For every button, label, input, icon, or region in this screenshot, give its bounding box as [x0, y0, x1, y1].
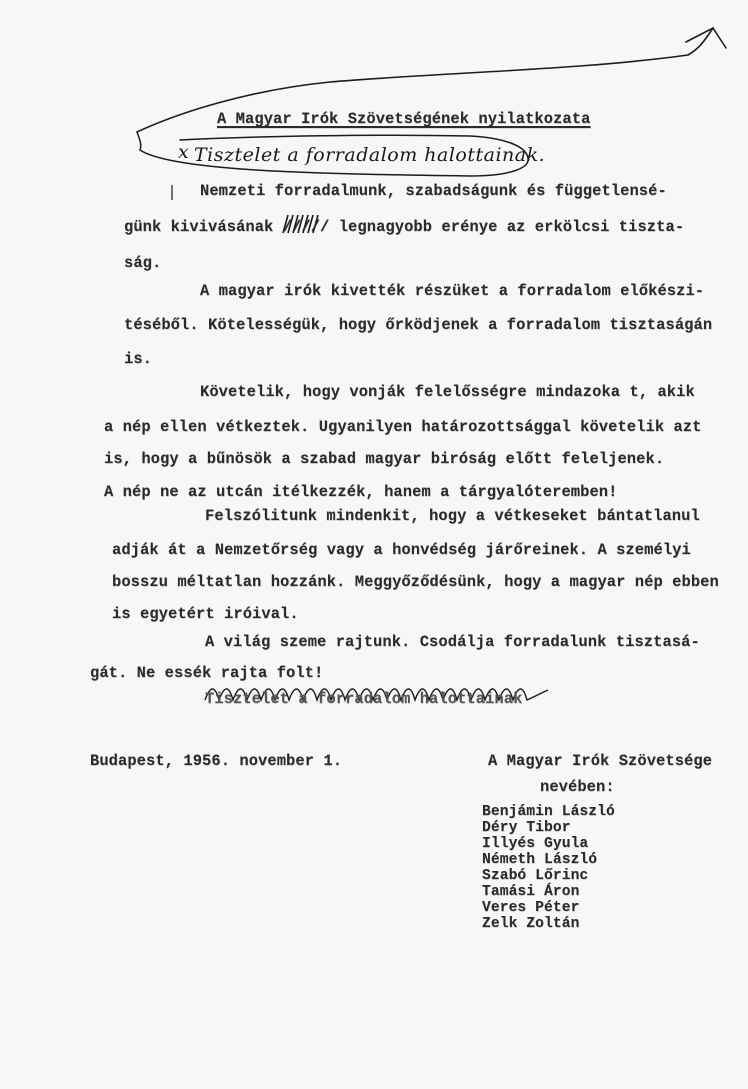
signature-org: A Magyar Irók Szövetsége [488, 752, 712, 770]
paragraph-line: günk kivivásának ///// legnagyobb erénye… [124, 218, 684, 236]
paragraph-line: gát. Ne essék rajta folt! [90, 664, 323, 682]
paragraph-line: a nép ellen vétkeztek. Ugyanilyen határo… [104, 418, 702, 436]
signatory-name: Veres Péter [482, 900, 579, 916]
signatory-name: Németh László [482, 852, 597, 868]
paragraph-line: is egyetért iróival. [112, 605, 299, 623]
paragraph-line: is, hogy a bűnösök a szabad magyar birós… [104, 450, 664, 468]
paragraph-line: adják át a Nemzetőrség vagy a honvédség … [112, 541, 691, 559]
paragraph-line: A nép ne az utcán itélkezzék, hanem a tá… [104, 483, 617, 501]
document-title: A Magyar Irók Szövetségének nyilatkozata [217, 110, 590, 128]
signatory-name: Szabó Lőrinc [482, 868, 588, 884]
paragraph-line: ság. [124, 254, 161, 272]
paragraph-line: Követelik, hogy vonják felelősségre mind… [200, 383, 695, 401]
paragraph-line: téséből. Kötelességük, hogy őrködjenek a… [124, 316, 712, 334]
signature-on-behalf: nevében: [540, 778, 615, 796]
signatory-name: Illyés Gyula [482, 836, 588, 852]
document-page: A Magyar Irók Szövetségének nyilatkozata… [0, 0, 748, 1089]
paragraph-line: bosszu méltatlan hozzánk. Meggyőződésünk… [112, 573, 719, 591]
paragraph-line: A magyar irók kivették részüket a forrad… [200, 282, 704, 300]
paragraph-line: Felszólitunk mindenkit, hogy a vétkeseke… [205, 507, 700, 525]
paragraph-line: is. [124, 350, 152, 368]
signatory-name: Tamási Áron [482, 884, 579, 900]
signatory-name: Déry Tibor [482, 820, 571, 836]
handwritten-insert: Tisztelet a forradalom halottainak. [194, 144, 545, 166]
signatory-name: Benjámin László [482, 804, 615, 820]
struck-line: Tisztelet a forradalom halottainak [205, 690, 522, 708]
paragraph-line: A világ szeme rajtunk. Csodálja forradal… [205, 633, 700, 651]
handwritten-insert-mark: x [178, 141, 189, 163]
signatory-name: Zelk Zoltán [482, 916, 579, 932]
paragraph-line: Nemzeti forradalmunk, szabadságunk és fü… [200, 182, 667, 200]
place-date: Budapest, 1956. november 1. [90, 752, 342, 770]
